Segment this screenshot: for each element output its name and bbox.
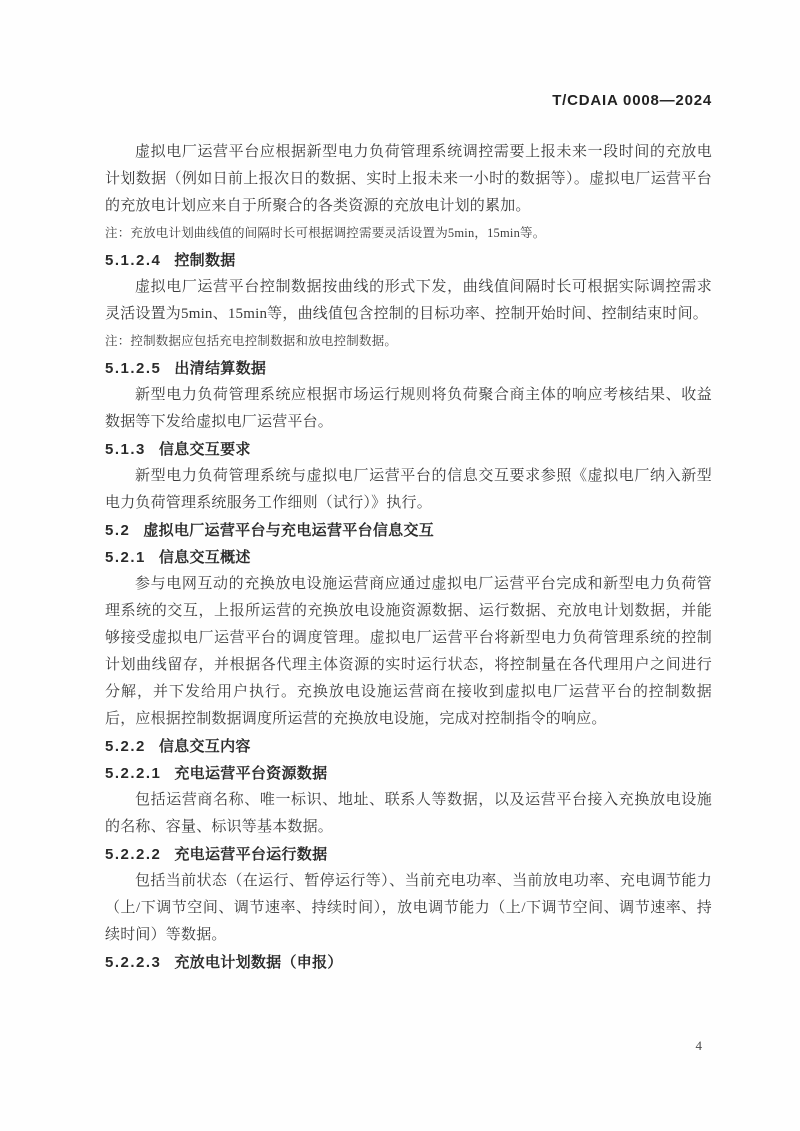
paragraph-control-data: 虚拟电厂运营平台控制数据按曲线的形式下发，曲线值间隔时长可根据实际调控需求灵活设… (105, 274, 712, 328)
section-heading-5-1-3: 5.1.3信息交互要求 (105, 436, 712, 463)
section-number: 5.2.2.3 (105, 954, 161, 971)
standard-code: T/CDAIA 0008—2024 (105, 92, 712, 110)
section-heading-5-2-1: 5.2.1信息交互概述 (105, 544, 712, 571)
section-number: 5.2.2.2 (105, 846, 161, 863)
section-title: 出清结算数据 (174, 360, 266, 377)
paragraph-running-data: 包括当前状态（在运行、暂停运行等）、当前充电功率、当前放电功率、充电调节能力（上… (105, 868, 712, 949)
section-number: 5.1.2.4 (105, 252, 161, 269)
section-heading-5-2: 5.2虚拟电厂运营平台与充电运营平台信息交互 (105, 517, 712, 544)
section-title: 充放电计划数据（申报） (174, 954, 342, 971)
section-title: 虚拟电厂运营平台与充电运营平台信息交互 (143, 522, 434, 539)
paragraph-interaction-requirements: 新型电力负荷管理系统与虚拟电厂运营平台的信息交互要求参照《虚拟电厂纳入新型电力负… (105, 463, 712, 517)
section-heading-5-2-2: 5.2.2信息交互内容 (105, 733, 712, 760)
section-heading-5-1-2-4: 5.1.2.4控制数据 (105, 247, 712, 274)
section-title: 信息交互内容 (159, 738, 251, 755)
section-title: 充电运营平台资源数据 (174, 765, 327, 782)
section-number: 5.1.3 (105, 441, 146, 458)
note-charging-plan-interval: 注：充放电计划曲线值的间隔时长可根据调控需要灵活设置为5min，15min等。 (105, 220, 712, 247)
section-number: 5.2.1 (105, 549, 146, 566)
section-number: 5.2 (105, 522, 130, 539)
section-title: 信息交互要求 (159, 441, 251, 458)
section-title: 信息交互概述 (159, 549, 251, 566)
paragraph-interaction-overview: 参与电网互动的充换放电设施运营商应通过虚拟电厂运营平台完成和新型电力负荷管理系统… (105, 571, 712, 733)
section-title: 充电运营平台运行数据 (174, 846, 327, 863)
section-title: 控制数据 (174, 252, 235, 269)
page-number: 4 (696, 1038, 703, 1054)
section-heading-5-2-2-1: 5.2.2.1充电运营平台资源数据 (105, 760, 712, 787)
note-control-data-scope: 注：控制数据应包括充电控制数据和放电控制数据。 (105, 328, 712, 355)
paragraph-clearing-settlement: 新型电力负荷管理系统应根据市场运行规则将负荷聚合商主体的响应考核结果、收益数据等… (105, 382, 712, 436)
section-heading-5-2-2-2: 5.2.2.2充电运营平台运行数据 (105, 841, 712, 868)
section-heading-5-1-2-5: 5.1.2.5出清结算数据 (105, 355, 712, 382)
paragraph-charging-plan-intro: 虚拟电厂运营平台应根据新型电力负荷管理系统调控需要上报未来一段时间的充放电计划数… (105, 139, 712, 220)
document-page: T/CDAIA 0008—2024 虚拟电厂运营平台应根据新型电力负荷管理系统调… (0, 0, 800, 1131)
paragraph-resource-data: 包括运营商名称、唯一标识、地址、联系人等数据，以及运营平台接入充换放电设施的名称… (105, 787, 712, 841)
section-number: 5.1.2.5 (105, 360, 161, 377)
page-content: T/CDAIA 0008—2024 虚拟电厂运营平台应根据新型电力负荷管理系统调… (105, 92, 712, 976)
section-number: 5.2.2.1 (105, 765, 161, 782)
section-heading-5-2-2-3: 5.2.2.3充放电计划数据（申报） (105, 949, 712, 976)
section-number: 5.2.2 (105, 738, 146, 755)
